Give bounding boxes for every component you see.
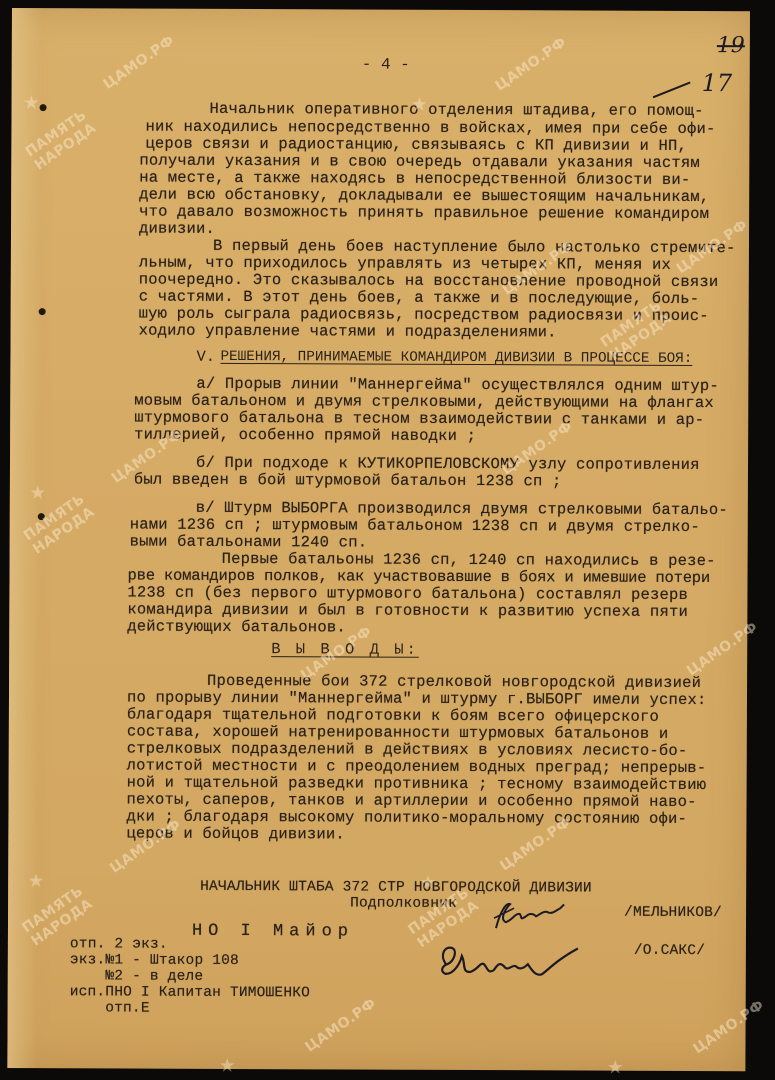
old-sheet-number: 19 <box>717 33 745 58</box>
section-title: РЕШЕНИЯ, ПРИНИМАЕМЫЕ КОМАНДИРОМ ДИВИЗИИ … <box>220 349 692 368</box>
archive-watermark: ЦАМО.РФ <box>302 995 379 1055</box>
paper-edge <box>7 8 42 1068</box>
sheet-number-dash <box>653 82 691 99</box>
punch-hole <box>39 308 46 315</box>
watermark-line: НАРОДА <box>30 504 97 558</box>
star-icon: ★ <box>607 1051 623 1080</box>
decision-item-v: в/ Штурм ВЫБОРГА производился двумя стре… <box>12 8 750 11</box>
archive-watermark: ЦАМО.РФ <box>690 997 767 1057</box>
text-line: ходило управление частями и подразделени… <box>139 323 557 342</box>
distribution-line: отп.Е <box>70 1000 150 1017</box>
archival-document-page: - 4 - 19 17 Начальник оперативного отдел… <box>7 8 750 1071</box>
text-line: церов и бойцов дивизии. <box>126 826 345 844</box>
text-line: что давало возможность принять правильно… <box>139 204 709 223</box>
distribution-list: отп. 2 экз. экз.№1 - Штакор 108 №2 - в д… <box>12 8 750 11</box>
decision-item-b: б/ При подходе к КУТИКОРПЕЛОВСКОМУ узлу … <box>12 8 750 11</box>
text-line: дивизии. <box>139 221 215 238</box>
text-line: действующих батальонов. <box>127 619 346 637</box>
text-line: был введен в бой штурмовой батальон 1238… <box>134 472 562 491</box>
text-line: выми батальонами 1240 сп. <box>130 534 368 552</box>
conclusions-section: В Ы В О Д Ы: Проведенные бои 372 стрелко… <box>12 8 750 11</box>
punch-hole <box>40 104 47 111</box>
ops-officer-name: /О.САКС/ <box>634 943 705 960</box>
distribution-line: отп. 2 экз. <box>70 936 168 953</box>
text-line: тиллерией, особенно прямой наводки ; <box>134 427 476 445</box>
watermark-line: НАРОДА <box>32 120 99 174</box>
chief-signature <box>490 898 570 934</box>
archive-watermark: ЦАМО.РФ <box>684 619 761 679</box>
conclusions-title: В Ы В О Д Ы: <box>271 641 419 659</box>
punch-hole <box>38 513 45 520</box>
paragraph-first-day: В первый день боев наступление было наст… <box>12 8 750 11</box>
section-v-heading: V. РЕШЕНИЯ, ПРИНИМАЕМЫЕ КОМАНДИРОМ ДИВИЗ… <box>12 8 750 11</box>
signature-block: НАЧАЛЬНИК ШТАБА 372 СТР НОВГОРОДСКОЙ ДИВ… <box>12 8 750 11</box>
paragraph-operations-department: Начальник оперативного отделения штадива… <box>12 8 750 11</box>
star-icon: ★ <box>219 1049 235 1080</box>
archive-watermark: ЦАМО.РФ <box>493 34 570 94</box>
chief-of-staff-name: /МЕЛЬНИКОВ/ <box>624 905 722 922</box>
archive-watermark: ЦАМО.РФ <box>101 32 178 92</box>
text-line: Начальник оперативного отделения штадива… <box>210 101 704 120</box>
section-number: V. <box>196 349 215 366</box>
ops-officer-signature <box>432 934 582 991</box>
ops-officer-title: НО I Майор <box>192 923 354 941</box>
sheet-number: 17 <box>702 69 733 97</box>
decision-item-a: а/ Прорыв линии "Маннергейма" осуществля… <box>12 8 750 11</box>
distribution-line: №2 - в деле <box>70 968 204 986</box>
watermark-layer: ЦАМО.РФ ЦАМО.РФ ЦАМО.РФ ЦАМО.РФ ЦАМО.РФ … <box>12 8 750 11</box>
chief-of-staff-rank: Подполковник <box>350 895 457 912</box>
page-number: - 4 - <box>362 56 410 74</box>
distribution-line: экз.№1 - Штакор 108 <box>70 952 239 970</box>
paragraph-reserve: Первые батальоны 1236 сп, 1240 сп находи… <box>12 8 750 11</box>
